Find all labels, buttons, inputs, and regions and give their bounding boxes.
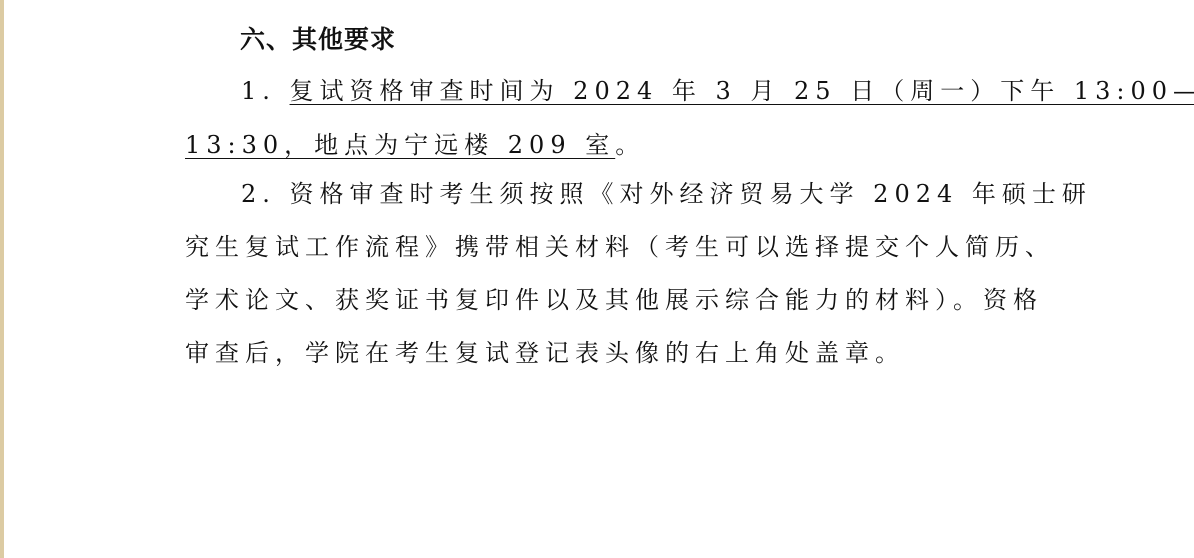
item-1-end-punct: 。 xyxy=(615,131,645,159)
item-1-underlined-text-cont: 13:30，地点为宁远楼 209 室 xyxy=(185,131,615,159)
page-edge-border xyxy=(0,0,4,558)
section-heading: 六、其他要求 xyxy=(240,20,396,56)
item-2-text-1: 资格审查时考生须按照《对外经济贸易大学 2024 年硕士研 xyxy=(290,180,1092,208)
item-1-underlined-text: 复试资格审查时间为 2024 年 3 月 25 日（周一）下午 13:00— xyxy=(290,77,1194,105)
item-1-line-1: 1. 复试资格审查时间为 2024 年 3 月 25 日（周一）下午 13:00… xyxy=(241,73,1194,109)
item-2-line-1: 2. 资格审查时考生须按照《对外经济贸易大学 2024 年硕士研 xyxy=(241,176,1092,212)
item-2-number: 2. xyxy=(241,180,276,208)
item-1-line-2: 13:30，地点为宁远楼 209 室。 xyxy=(185,127,645,163)
item-2-line-4: 审查后，学院在考生复试登记表头像的右上角处盖章。 xyxy=(185,335,905,371)
item-2-line-2: 究生复试工作流程》携带相关材料（考生可以选择提交个人简历、 xyxy=(185,229,1055,265)
item-1-number: 1. xyxy=(241,77,276,105)
document-page: 六、其他要求 1. 复试资格审查时间为 2024 年 3 月 25 日（周一）下… xyxy=(0,0,1194,558)
item-2-line-3: 学术论文、获奖证书复印件以及其他展示综合能力的材料）。资格 xyxy=(185,282,1043,318)
